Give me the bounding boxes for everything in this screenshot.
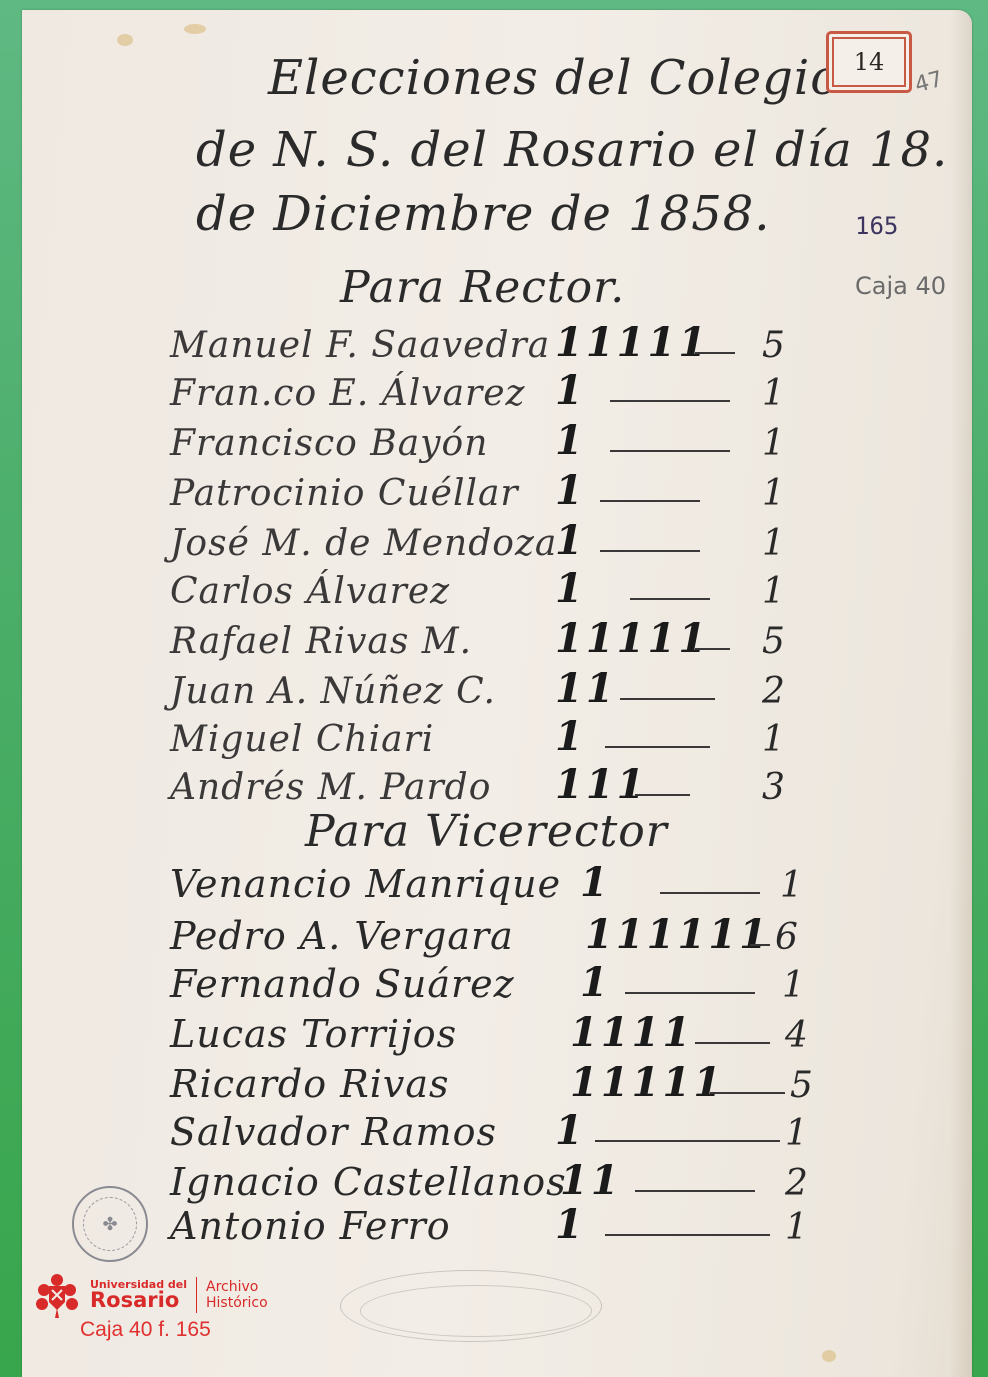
candidate-row: Juan A. Núñez C. 11 2	[170, 668, 830, 718]
page-edge	[950, 10, 972, 1377]
candidate-name: Manuel F. Saavedra	[170, 325, 550, 366]
vote-total: 5	[790, 1065, 813, 1106]
pencil-box-note: Caja 40	[855, 272, 946, 300]
candidate-name: Fran.co E. Álvarez	[170, 373, 526, 414]
candidate-name: Patrocinio Cuéllar	[170, 473, 519, 514]
candidate-row: Patrocinio Cuéllar 1 1	[170, 470, 830, 520]
separator-line	[635, 1190, 755, 1192]
vote-tally: 1	[555, 565, 586, 612]
candidate-name: Francisco Bayón	[170, 423, 488, 464]
title-line-3: de Diciembre de 1858.	[196, 186, 771, 242]
university-logo: Universidad del Rosario Archivo Históric…	[32, 1270, 268, 1320]
title-line-2: de N. S. del Rosario el día 18.	[196, 122, 948, 178]
stain	[822, 1350, 836, 1362]
vote-tally: 11	[555, 665, 617, 712]
vote-tally: 111	[555, 761, 648, 808]
separator-line	[625, 992, 755, 994]
separator-line	[750, 944, 770, 946]
vote-total: 5	[762, 325, 785, 366]
vote-tally: 11111	[555, 615, 709, 662]
vote-tally: 11111	[555, 319, 709, 366]
rosario-crest-icon	[32, 1270, 82, 1320]
vote-total: 1	[785, 1207, 808, 1248]
candidate-name: Fernando Suárez	[170, 962, 515, 1006]
vote-tally: 1	[580, 859, 611, 906]
candidate-name: Venancio Manrique	[170, 862, 561, 906]
candidate-row: Ignacio Castellanos 11 2	[170, 1160, 830, 1210]
vote-tally: 1	[555, 367, 586, 414]
separator-line	[695, 352, 735, 354]
separator-line	[610, 450, 730, 452]
vote-total: 5	[762, 621, 785, 662]
vote-tally: 11111	[570, 1059, 724, 1106]
vote-tally: 1	[555, 417, 586, 464]
archive-caption: Caja 40 f. 165	[80, 1318, 211, 1342]
candidate-name: Ignacio Castellanos	[170, 1160, 567, 1204]
candidate-row: Carlos Álvarez 1 1	[170, 568, 830, 618]
candidate-row: Fernando Suárez 1 1	[170, 962, 830, 1012]
vote-total: 3	[762, 767, 785, 808]
vote-total: 1	[762, 423, 785, 464]
candidate-name: Salvador Ramos	[170, 1110, 497, 1154]
candidate-row: Venancio Manrique 1 1	[170, 862, 830, 912]
separator-line	[620, 698, 715, 700]
separator-line	[595, 1140, 780, 1142]
candidate-row: José M. de Mendoza 1 1	[170, 520, 830, 570]
candidate-name: Miguel Chiari	[170, 719, 434, 760]
vote-total: 1	[762, 571, 785, 612]
vote-total: 1	[782, 965, 805, 1006]
candidate-name: Lucas Torrijos	[170, 1012, 457, 1056]
vote-tally: 1	[555, 517, 586, 564]
logo-text-big: Rosario	[90, 1290, 187, 1311]
candidate-row: Manuel F. Saavedra 11111 5	[170, 322, 830, 372]
vote-tally: 1	[555, 467, 586, 514]
separator-line	[630, 598, 710, 600]
seal-emblem-icon: ✤	[83, 1197, 137, 1251]
separator-line	[610, 400, 730, 402]
vote-tally: 1111	[570, 1009, 693, 1056]
vote-total: 1	[762, 473, 785, 514]
vote-tally: 1	[555, 1201, 586, 1248]
separator-line	[635, 794, 690, 796]
candidate-name: Carlos Álvarez	[170, 571, 450, 612]
candidate-row: Fran.co E. Álvarez 1 1	[170, 370, 830, 420]
candidate-name: Ricardo Rivas	[170, 1062, 450, 1106]
candidate-name: Andrés M. Pardo	[170, 767, 491, 808]
logo-archive-line-2: Histórico	[206, 1295, 268, 1311]
candidate-name: José M. de Mendoza	[170, 523, 557, 564]
section-heading-rector: Para Rector.	[340, 262, 625, 313]
separator-line	[605, 746, 710, 748]
label-stamp: 14	[826, 31, 912, 93]
candidate-name: Rafael Rivas M.	[170, 621, 472, 662]
vote-total: 1	[785, 1113, 808, 1154]
title-line-1: Elecciones del Colegio	[268, 50, 840, 106]
vote-total: 4	[785, 1015, 808, 1056]
stain	[184, 24, 206, 34]
logo-divider	[196, 1277, 197, 1313]
candidate-row: Pedro A. Vergara 111111 6	[170, 914, 830, 964]
vote-tally: 1	[555, 1107, 586, 1154]
separator-line	[695, 648, 730, 650]
separator-line	[605, 1234, 770, 1236]
candidate-name: Antonio Ferro	[170, 1204, 451, 1248]
separator-line	[600, 500, 700, 502]
archive-seal-stamp: ✤	[72, 1186, 148, 1262]
vote-total: 1	[762, 719, 785, 760]
separator-line	[600, 550, 700, 552]
vote-total: 2	[785, 1163, 808, 1204]
folio-stamp: 165	[855, 212, 898, 240]
stain	[117, 34, 133, 46]
candidate-row: Salvador Ramos 1 1	[170, 1110, 830, 1160]
section-heading-vicerector: Para Vicerector	[305, 806, 668, 857]
separator-line	[710, 1092, 785, 1094]
vote-total: 6	[775, 917, 798, 958]
candidate-row: Lucas Torrijos 1111 4	[170, 1012, 830, 1062]
logo-archive-line-1: Archivo	[206, 1279, 268, 1295]
candidate-row: Francisco Bayón 1 1	[170, 420, 830, 470]
candidate-row: Antonio Ferro 1 1	[170, 1204, 830, 1254]
vote-tally: 1	[555, 713, 586, 760]
separator-line	[695, 1042, 770, 1044]
candidate-name: Pedro A. Vergara	[170, 914, 514, 958]
candidate-row: Miguel Chiari 1 1	[170, 716, 830, 766]
vote-total: 1	[780, 865, 803, 906]
candidate-name: Juan A. Núñez C.	[170, 671, 496, 712]
flourish-decoration	[360, 1285, 592, 1337]
vote-total: 1	[762, 373, 785, 414]
candidate-row: Ricardo Rivas 11111 5	[170, 1062, 830, 1112]
vote-total: 1	[762, 523, 785, 564]
candidate-row: Rafael Rivas M. 11111 5	[170, 618, 830, 668]
vote-total: 2	[762, 671, 785, 712]
separator-line	[660, 892, 760, 894]
vote-tally: 11	[560, 1157, 622, 1204]
vote-tally: 111111	[585, 911, 770, 958]
vote-tally: 1	[580, 959, 611, 1006]
